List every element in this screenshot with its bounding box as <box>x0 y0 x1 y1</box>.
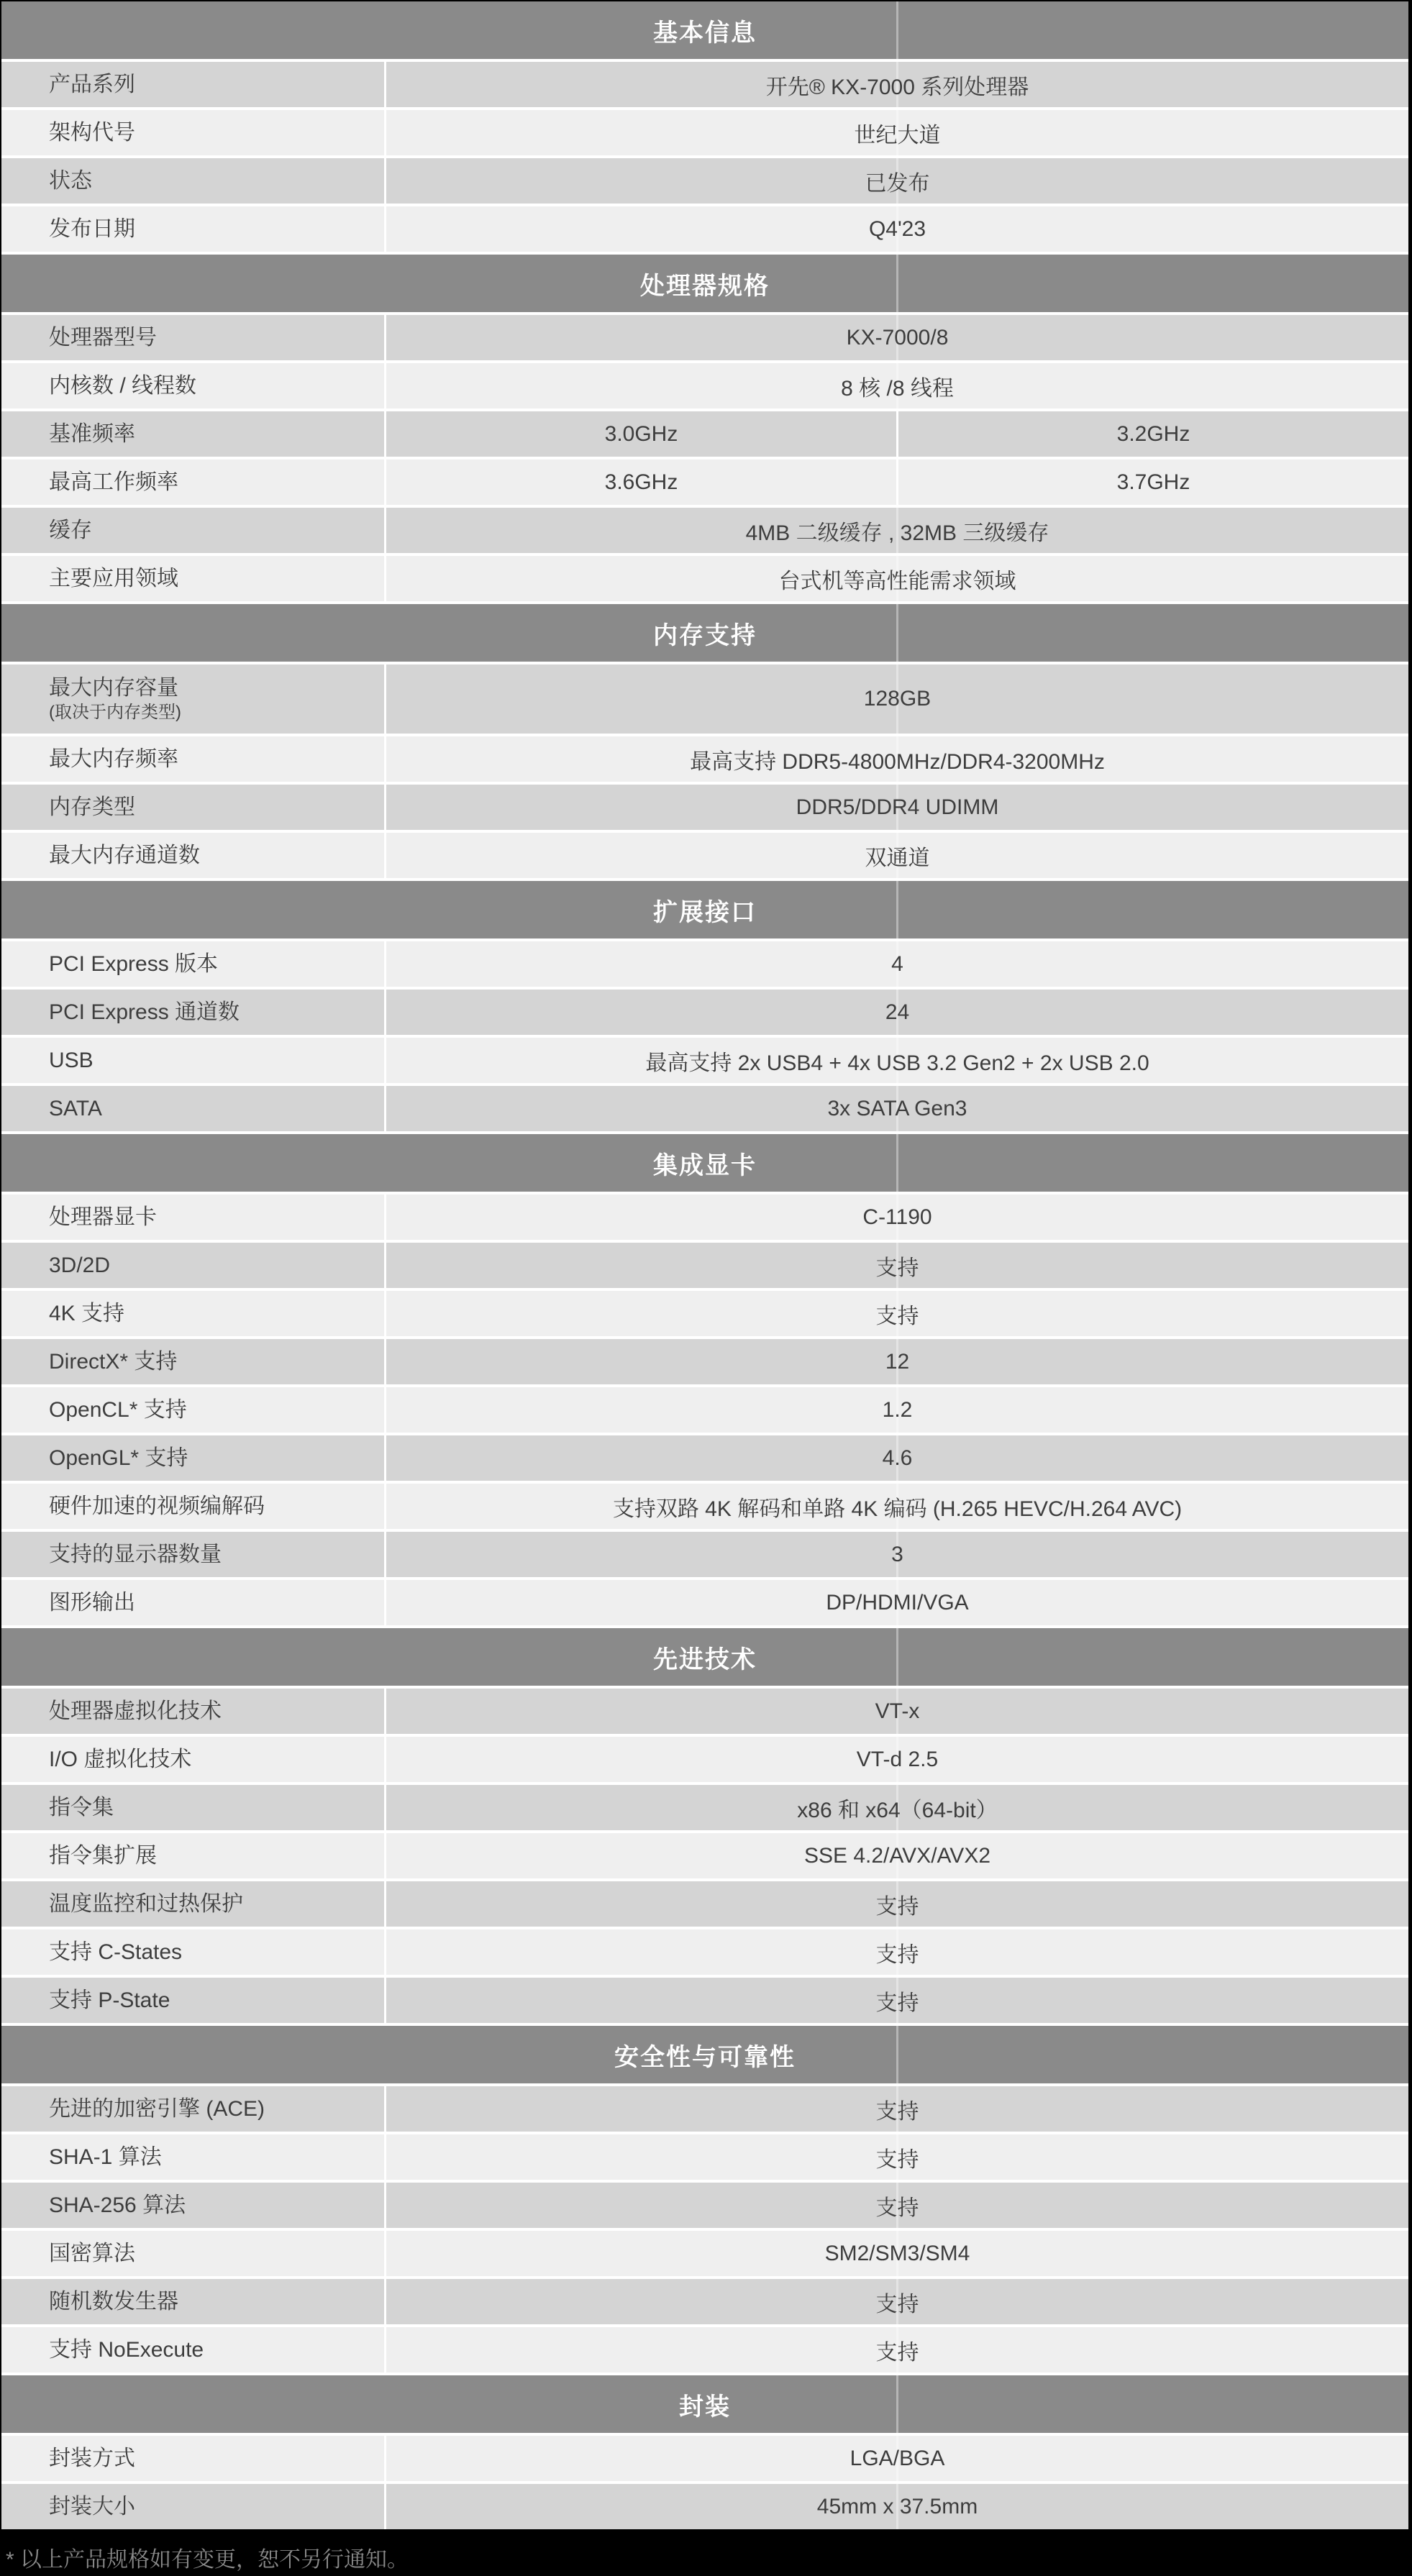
table-row: DirectX* 支持12 <box>1 1339 1408 1384</box>
row-value: 12 <box>386 1339 1408 1384</box>
row-value-text: 开先® KX-7000 系列处理器 <box>766 69 1029 101</box>
section-header: 基本信息 <box>1 1 1408 59</box>
row-label-text: 处理器显卡 <box>49 1204 384 1231</box>
row-value-text: 支持 <box>876 1250 919 1282</box>
row-label-text: 封装大小 <box>49 2493 384 2521</box>
row-label-text: 封装方式 <box>49 2445 384 2472</box>
row-label-text: SHA-256 算法 <box>49 2192 384 2219</box>
row-label: 3D/2D <box>1 1243 384 1288</box>
row-value-text: 支持双路 4K 解码和单路 4K 编码 (H.265 HEVC/H.264 AV… <box>613 1491 1182 1522</box>
row-label: 处理器显卡 <box>1 1195 384 1240</box>
row-value: 1.2 <box>386 1387 1408 1433</box>
row-value-text: 最高支持 DDR5-4800MHz/DDR4-3200MHz <box>690 744 1105 775</box>
row-label: 最高工作频率 <box>1 460 384 505</box>
row-label: 封装大小 <box>1 2484 384 2529</box>
row-label: 国密算法 <box>1 2231 384 2276</box>
row-label-text: 最大内存容量 <box>49 675 384 702</box>
row-value: 3.6GHz <box>386 460 896 505</box>
row-label-text: PCI Express 通道数 <box>49 999 384 1026</box>
row-value: 45mm x 37.5mm <box>386 2484 1408 2529</box>
row-values: 1.2 <box>386 1387 1408 1433</box>
row-value-text: 3.2GHz <box>1117 422 1190 447</box>
table-row: 国密算法SM2/SM3/SM4 <box>1 2231 1408 2276</box>
table-row: 最大内存频率最高支持 DDR5-4800MHz/DDR4-3200MHz <box>1 736 1408 782</box>
row-values: 3.6GHz3.7GHz <box>386 460 1408 505</box>
section-header: 处理器规格 <box>1 255 1408 312</box>
row-values: C-1190 <box>386 1195 1408 1240</box>
row-label: 最大内存通道数 <box>1 833 384 878</box>
row-value: 最高支持 2x USB4 + 4x USB 3.2 Gen2 + 2x USB … <box>386 1038 1408 1083</box>
row-value-text: 支持 <box>876 2190 919 2221</box>
row-label-text: 基准频率 <box>49 421 384 448</box>
table-row: 内核数 / 线程数8 核 /8 线程 <box>1 363 1408 408</box>
row-values: 4.6 <box>386 1435 1408 1481</box>
row-label: PCI Express 版本 <box>1 941 384 987</box>
row-values: 开先® KX-7000 系列处理器 <box>386 62 1408 107</box>
row-label-text: 内核数 / 线程数 <box>49 373 384 400</box>
row-values: 3.0GHz3.2GHz <box>386 411 1408 457</box>
row-value-text: 24 <box>885 1000 909 1025</box>
row-label: SATA <box>1 1086 384 1131</box>
row-value-text: C-1190 <box>862 1205 932 1230</box>
row-label: 封装方式 <box>1 2436 384 2481</box>
table-row: 发布日期Q4'23 <box>1 206 1408 252</box>
row-value-text: 12 <box>885 1350 909 1374</box>
row-value: 支持 <box>386 1978 1408 2023</box>
table-row: 处理器型号KX-7000/8 <box>1 315 1408 360</box>
row-value: 128GB <box>386 664 1408 734</box>
table-row: OpenGL* 支持4.6 <box>1 1435 1408 1481</box>
table-row: 最大内存容量(取决于内存类型)128GB <box>1 664 1408 734</box>
row-value: 支持 <box>386 2183 1408 2228</box>
row-label: 内存类型 <box>1 785 384 830</box>
row-value: Q4'23 <box>386 206 1408 252</box>
row-values: 最高支持 DDR5-4800MHz/DDR4-3200MHz <box>386 736 1408 782</box>
row-label: 图形输出 <box>1 1580 384 1625</box>
row-values: x86 和 x64（64-bit） <box>386 1785 1408 1830</box>
row-values: 支持 <box>386 2279 1408 2324</box>
table-row: 处理器虚拟化技术VT-x <box>1 1689 1408 1734</box>
row-value-text: 3 <box>891 1543 903 1567</box>
row-value-text: 已发布 <box>865 165 930 197</box>
row-values: 支持 <box>386 1929 1408 1975</box>
row-value: 3.0GHz <box>386 411 896 457</box>
row-label-text: 产品系列 <box>49 71 384 99</box>
row-value: SSE 4.2/AVX/AVX2 <box>386 1833 1408 1878</box>
table-row: 产品系列开先® KX-7000 系列处理器 <box>1 62 1408 107</box>
row-label: 支持 P-State <box>1 1978 384 2023</box>
row-values: KX-7000/8 <box>386 315 1408 360</box>
row-value: 支持 <box>386 2086 1408 2132</box>
row-value-text: 双通道 <box>865 840 930 872</box>
row-label-text: 最大内存通道数 <box>49 842 384 869</box>
row-value-text: LGA/BGA <box>850 2447 945 2471</box>
row-value-text: 3.7GHz <box>1117 470 1190 495</box>
row-values: 支持 <box>386 1881 1408 1927</box>
row-label: 最大内存频率 <box>1 736 384 782</box>
row-value: 双通道 <box>386 833 1408 878</box>
row-label: 先进的加密引擎 (ACE) <box>1 2086 384 2132</box>
row-value-text: 3x SATA Gen3 <box>828 1097 967 1121</box>
row-value-text: 支持 <box>876 1298 919 1330</box>
row-label: 缓存 <box>1 508 384 553</box>
table-row: 封装大小45mm x 37.5mm <box>1 2484 1408 2529</box>
row-label: 指令集 <box>1 1785 384 1830</box>
row-label: I/O 虚拟化技术 <box>1 1737 384 1782</box>
row-label: 处理器虚拟化技术 <box>1 1689 384 1734</box>
row-value-text: DDR5/DDR4 UDIMM <box>796 795 999 820</box>
row-value: KX-7000/8 <box>386 315 1408 360</box>
table-row: 指令集x86 和 x64（64-bit） <box>1 1785 1408 1830</box>
row-values: 支持 <box>386 1978 1408 2023</box>
row-values: 支持 <box>386 2327 1408 2372</box>
row-label-text: 随机数发生器 <box>49 2288 384 2316</box>
row-label: 内核数 / 线程数 <box>1 363 384 408</box>
row-value-text: 台式机等高性能需求领域 <box>779 563 1016 595</box>
table-row: 架构代号世纪大道 <box>1 110 1408 155</box>
row-value-text: SSE 4.2/AVX/AVX2 <box>804 1844 990 1868</box>
row-value-text: 4 <box>891 952 903 977</box>
row-value: 世纪大道 <box>386 110 1408 155</box>
row-values: 已发布 <box>386 158 1408 204</box>
row-value-text: 最高支持 2x USB4 + 4x USB 3.2 Gen2 + 2x USB … <box>645 1045 1149 1077</box>
row-value: 台式机等高性能需求领域 <box>386 556 1408 601</box>
row-value: 支持 <box>386 1243 1408 1288</box>
row-label: 硬件加速的视频编解码 <box>1 1484 384 1529</box>
table-row: 封装方式LGA/BGA <box>1 2436 1408 2481</box>
table-row: 状态已发布 <box>1 158 1408 204</box>
row-values: 世纪大道 <box>386 110 1408 155</box>
table-row: 先进的加密引擎 (ACE)支持 <box>1 2086 1408 2132</box>
spec-table: 基本信息产品系列开先® KX-7000 系列处理器架构代号世纪大道状态已发布发布… <box>1 1 1408 2529</box>
row-value: 3.7GHz <box>898 460 1408 505</box>
row-label-text: DirectX* 支持 <box>49 1348 384 1376</box>
row-value-text: VT-x <box>875 1699 920 1724</box>
row-value: DP/HDMI/VGA <box>386 1580 1408 1625</box>
row-value-text: 支持 <box>876 2142 919 2173</box>
row-label-text: 温度监控和过热保护 <box>49 1891 384 1918</box>
table-row: PCI Express 版本4 <box>1 941 1408 987</box>
row-label-text: PCI Express 版本 <box>49 951 384 978</box>
table-row: 处理器显卡C-1190 <box>1 1195 1408 1240</box>
row-label-text: SATA <box>49 1095 384 1123</box>
row-value-text: 3.0GHz <box>605 422 678 447</box>
row-label-text: 硬件加速的视频编解码 <box>49 1493 384 1520</box>
row-value-text: 支持 <box>876 2286 919 2318</box>
row-value: 已发布 <box>386 158 1408 204</box>
row-label: SHA-256 算法 <box>1 2183 384 2228</box>
row-values: DP/HDMI/VGA <box>386 1580 1408 1625</box>
row-label: 最大内存容量(取决于内存类型) <box>1 664 384 734</box>
row-label-text: USB <box>49 1047 384 1074</box>
row-value: 4MB 二级缓存 , 32MB 三级缓存 <box>386 508 1408 553</box>
row-value: 24 <box>386 990 1408 1035</box>
row-value-text: 支持 <box>876 1937 919 1968</box>
row-value: 3 <box>386 1532 1408 1577</box>
row-label-text: 支持 C-States <box>49 1939 384 1966</box>
section-header: 先进技术 <box>1 1628 1408 1686</box>
row-label: 发布日期 <box>1 206 384 252</box>
row-label: 处理器型号 <box>1 315 384 360</box>
row-label: 基准频率 <box>1 411 384 457</box>
table-row: 图形输出DP/HDMI/VGA <box>1 1580 1408 1625</box>
row-label-text: OpenCL* 支持 <box>49 1397 384 1424</box>
row-values: 支持双路 4K 解码和单路 4K 编码 (H.265 HEVC/H.264 AV… <box>386 1484 1408 1529</box>
row-value: SM2/SM3/SM4 <box>386 2231 1408 2276</box>
row-value-text: 1.2 <box>883 1398 913 1422</box>
table-row: 缓存4MB 二级缓存 , 32MB 三级缓存 <box>1 508 1408 553</box>
row-values: SM2/SM3/SM4 <box>386 2231 1408 2276</box>
row-label-text: 最大内存频率 <box>49 746 384 773</box>
row-values: 24 <box>386 990 1408 1035</box>
row-label: 随机数发生器 <box>1 2279 384 2324</box>
row-value-text: x86 和 x64（64-bit） <box>797 1792 997 1824</box>
row-value-text: Q4'23 <box>869 217 926 242</box>
row-label-text: 最高工作频率 <box>49 469 384 496</box>
row-values: VT-d 2.5 <box>386 1737 1408 1782</box>
row-values: Q4'23 <box>386 206 1408 252</box>
row-value-text: 支持 <box>876 2093 919 2125</box>
row-values: 支持 <box>386 2134 1408 2180</box>
section-header: 封装 <box>1 2375 1408 2433</box>
row-label-text: 支持的显示器数量 <box>49 1541 384 1568</box>
row-label: 状态 <box>1 158 384 204</box>
row-label: 支持 NoExecute <box>1 2327 384 2372</box>
table-row: 支持 C-States支持 <box>1 1929 1408 1975</box>
row-label-text: I/O 虚拟化技术 <box>49 1746 384 1773</box>
row-value-text: 支持 <box>876 2334 919 2366</box>
table-row: SATA3x SATA Gen3 <box>1 1086 1408 1131</box>
table-row: 支持 NoExecute支持 <box>1 2327 1408 2372</box>
row-values: 支持 <box>386 1291 1408 1336</box>
row-value-text: 3.6GHz <box>605 470 678 495</box>
row-label-text: 国密算法 <box>49 2240 384 2267</box>
row-values: 支持 <box>386 2183 1408 2228</box>
row-value: VT-x <box>386 1689 1408 1734</box>
row-value-text: 128GB <box>864 687 931 711</box>
row-label-text: 3D/2D <box>49 1252 384 1279</box>
row-label: OpenGL* 支持 <box>1 1435 384 1481</box>
row-label-text: 先进的加密引擎 (ACE) <box>49 2096 384 2123</box>
table-row: 支持的显示器数量3 <box>1 1532 1408 1577</box>
row-value: 开先® KX-7000 系列处理器 <box>386 62 1408 107</box>
row-value-text: 45mm x 37.5mm <box>817 2495 978 2519</box>
row-values: 支持 <box>386 1243 1408 1288</box>
row-label-text: 图形输出 <box>49 1589 384 1617</box>
row-label: USB <box>1 1038 384 1083</box>
row-values: 3 <box>386 1532 1408 1577</box>
table-row: 最大内存通道数双通道 <box>1 833 1408 878</box>
row-label-subtext: (取决于内存类型) <box>49 702 384 723</box>
row-label: 指令集扩展 <box>1 1833 384 1878</box>
row-value: 3.2GHz <box>898 411 1408 457</box>
row-value-text: 4.6 <box>883 1446 913 1471</box>
row-value: 最高支持 DDR5-4800MHz/DDR4-3200MHz <box>386 736 1408 782</box>
table-row: 支持 P-State支持 <box>1 1978 1408 2023</box>
table-row: 3D/2D支持 <box>1 1243 1408 1288</box>
table-row: I/O 虚拟化技术VT-d 2.5 <box>1 1737 1408 1782</box>
row-value-text: SM2/SM3/SM4 <box>825 2242 970 2266</box>
row-label: DirectX* 支持 <box>1 1339 384 1384</box>
row-value-text: DP/HDMI/VGA <box>826 1591 968 1615</box>
row-label: 4K 支持 <box>1 1291 384 1336</box>
section-header: 安全性与可靠性 <box>1 2026 1408 2083</box>
row-label: 支持的显示器数量 <box>1 1532 384 1577</box>
table-row: PCI Express 通道数24 <box>1 990 1408 1035</box>
row-value: VT-d 2.5 <box>386 1737 1408 1782</box>
row-label-text: 发布日期 <box>49 216 384 243</box>
row-values: LGA/BGA <box>386 2436 1408 2481</box>
row-values: DDR5/DDR4 UDIMM <box>386 785 1408 830</box>
row-label-text: OpenGL* 支持 <box>49 1445 384 1472</box>
row-value-text: KX-7000/8 <box>847 326 949 350</box>
row-label-text: 架构代号 <box>49 119 384 147</box>
row-value-text: 支持 <box>876 1888 919 1920</box>
table-row: 4K 支持支持 <box>1 1291 1408 1336</box>
footnote: * 以上产品规格如有变更，恕不另行通知。 <box>6 2541 409 2573</box>
row-value: 支持 <box>386 1929 1408 1975</box>
row-label-text: 支持 P-State <box>49 1987 384 2014</box>
row-values: 最高支持 2x USB4 + 4x USB 3.2 Gen2 + 2x USB … <box>386 1038 1408 1083</box>
section-header: 集成显卡 <box>1 1134 1408 1192</box>
row-value-text: 支持 <box>876 1985 919 2017</box>
row-value: 支持 <box>386 2134 1408 2180</box>
row-label-text: SHA-1 算法 <box>49 2144 384 2171</box>
row-value: C-1190 <box>386 1195 1408 1240</box>
table-row: 主要应用领域台式机等高性能需求领域 <box>1 556 1408 601</box>
row-label-text: 支持 NoExecute <box>49 2337 384 2364</box>
row-label-text: 状态 <box>49 168 384 195</box>
row-value: 支持 <box>386 2327 1408 2372</box>
row-value-text: 4MB 二级缓存 , 32MB 三级缓存 <box>746 515 1049 547</box>
row-values: 128GB <box>386 664 1408 734</box>
row-value: DDR5/DDR4 UDIMM <box>386 785 1408 830</box>
row-label-text: 内存类型 <box>49 794 384 821</box>
row-value: 支持 <box>386 1291 1408 1336</box>
row-values: 4MB 二级缓存 , 32MB 三级缓存 <box>386 508 1408 553</box>
row-values: 45mm x 37.5mm <box>386 2484 1408 2529</box>
row-values: 台式机等高性能需求领域 <box>386 556 1408 601</box>
row-label: SHA-1 算法 <box>1 2134 384 2180</box>
row-values: 4 <box>386 941 1408 987</box>
table-row: 随机数发生器支持 <box>1 2279 1408 2324</box>
row-label: PCI Express 通道数 <box>1 990 384 1035</box>
row-value: 4.6 <box>386 1435 1408 1481</box>
row-label: 主要应用领域 <box>1 556 384 601</box>
table-row: OpenCL* 支持1.2 <box>1 1387 1408 1433</box>
row-values: VT-x <box>386 1689 1408 1734</box>
table-row: SHA-1 算法支持 <box>1 2134 1408 2180</box>
row-value: 支持 <box>386 2279 1408 2324</box>
row-label-text: 指令集扩展 <box>49 1842 384 1870</box>
row-label: 产品系列 <box>1 62 384 107</box>
row-label-text: 主要应用领域 <box>49 565 384 593</box>
table-row: 温度监控和过热保护支持 <box>1 1881 1408 1927</box>
row-value: LGA/BGA <box>386 2436 1408 2481</box>
row-value-text: 8 核 /8 线程 <box>841 370 954 402</box>
row-value: 3x SATA Gen3 <box>386 1086 1408 1131</box>
section-header: 扩展接口 <box>1 881 1408 938</box>
row-label: OpenCL* 支持 <box>1 1387 384 1433</box>
row-value: x86 和 x64（64-bit） <box>386 1785 1408 1830</box>
row-value: 4 <box>386 941 1408 987</box>
row-values: 8 核 /8 线程 <box>386 363 1408 408</box>
row-label: 架构代号 <box>1 110 384 155</box>
row-values: 12 <box>386 1339 1408 1384</box>
row-label-text: 处理器型号 <box>49 324 384 352</box>
spec-page: { "page": { "footnote": "* 以上产品规格如有变更，恕不… <box>0 0 1412 2576</box>
row-values: 3x SATA Gen3 <box>386 1086 1408 1131</box>
row-values: 双通道 <box>386 833 1408 878</box>
row-value: 8 核 /8 线程 <box>386 363 1408 408</box>
row-value-text: VT-d 2.5 <box>857 1748 938 1772</box>
row-label: 支持 C-States <box>1 1929 384 1975</box>
row-value-text: 世纪大道 <box>855 117 941 149</box>
row-label-text: 处理器虚拟化技术 <box>49 1698 384 1725</box>
table-row: 指令集扩展SSE 4.2/AVX/AVX2 <box>1 1833 1408 1878</box>
table-row: USB最高支持 2x USB4 + 4x USB 3.2 Gen2 + 2x U… <box>1 1038 1408 1083</box>
row-value: 支持 <box>386 1881 1408 1927</box>
row-value: 支持双路 4K 解码和单路 4K 编码 (H.265 HEVC/H.264 AV… <box>386 1484 1408 1529</box>
table-row: 硬件加速的视频编解码支持双路 4K 解码和单路 4K 编码 (H.265 HEV… <box>1 1484 1408 1529</box>
row-values: 支持 <box>386 2086 1408 2132</box>
table-row: 最高工作频率3.6GHz3.7GHz <box>1 460 1408 505</box>
table-row: SHA-256 算法支持 <box>1 2183 1408 2228</box>
row-label-text: 4K 支持 <box>49 1300 384 1328</box>
row-label: 温度监控和过热保护 <box>1 1881 384 1927</box>
row-values: SSE 4.2/AVX/AVX2 <box>386 1833 1408 1878</box>
table-row: 内存类型DDR5/DDR4 UDIMM <box>1 785 1408 830</box>
row-label-text: 缓存 <box>49 517 384 544</box>
section-header: 内存支持 <box>1 604 1408 662</box>
row-label-text: 指令集 <box>49 1794 384 1822</box>
table-row: 基准频率3.0GHz3.2GHz <box>1 411 1408 457</box>
